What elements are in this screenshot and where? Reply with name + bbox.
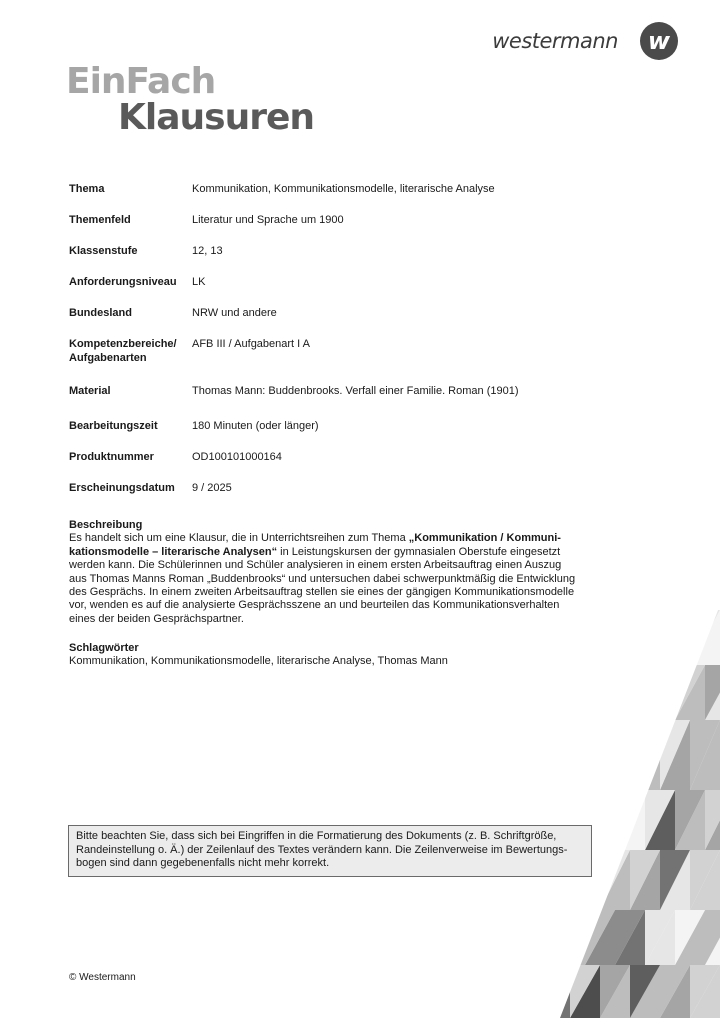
meta-value: OD100101000164 bbox=[192, 450, 282, 481]
meta-label: Klassenstufe bbox=[69, 244, 192, 275]
series-title-line2: Klausuren bbox=[118, 100, 314, 136]
meta-row-bundesland: Bundesland NRW und andere bbox=[69, 306, 569, 337]
series-title-line1: EinFach bbox=[66, 64, 314, 100]
meta-label: Bearbeitungszeit bbox=[69, 419, 192, 450]
meta-label: Kompetenzbereiche/ Aufgabenarten bbox=[69, 337, 192, 384]
meta-label: Anforderungsniveau bbox=[69, 275, 192, 306]
meta-value: NRW und andere bbox=[192, 306, 277, 337]
meta-row-klassenstufe: Klassenstufe 12, 13 bbox=[69, 244, 569, 275]
brand-wordmark: westermann bbox=[492, 29, 618, 53]
keywords-text: Kommunikation, Kommunikationsmodelle, li… bbox=[69, 655, 579, 668]
meta-row-kompetenzbereiche: Kompetenzbereiche/ Aufgabenarten AFB III… bbox=[69, 337, 569, 384]
meta-row-material: Material Thomas Mann: Buddenbrooks. Verf… bbox=[69, 384, 569, 419]
meta-value: 9 / 2025 bbox=[192, 481, 232, 512]
meta-value: Thomas Mann: Buddenbrooks. Verfall einer… bbox=[192, 384, 519, 419]
meta-value: Literatur und Sprache um 1900 bbox=[192, 213, 344, 244]
meta-row-thema: Thema Kommunikation, Kommunikationsmodel… bbox=[69, 182, 569, 213]
meta-label: Material bbox=[69, 384, 192, 419]
meta-label: Thema bbox=[69, 182, 192, 213]
keywords-heading: Schlagwörter bbox=[69, 642, 579, 655]
meta-row-anforderungsniveau: Anforderungsniveau LK bbox=[69, 275, 569, 306]
metadata-table: Thema Kommunikation, Kommunikationsmodel… bbox=[69, 182, 569, 512]
meta-label: Themenfeld bbox=[69, 213, 192, 244]
publisher-brand: westermann w bbox=[492, 22, 678, 60]
meta-row-themenfeld: Themenfeld Literatur und Sprache um 1900 bbox=[69, 213, 569, 244]
westermann-logo-icon: w bbox=[640, 22, 678, 60]
meta-row-erscheinungsdatum: Erscheinungsdatum 9 / 2025 bbox=[69, 481, 569, 512]
formatting-notice-box: Bitte beachten Sie, dass sich bei Eingri… bbox=[68, 825, 592, 877]
meta-label: Produktnummer bbox=[69, 450, 192, 481]
series-title: EinFach Klausuren bbox=[66, 64, 314, 136]
description-heading: Beschreibung bbox=[69, 519, 579, 532]
meta-value: Kommunikation, Kommunikationsmodelle, li… bbox=[192, 182, 495, 213]
meta-value: 180 Minuten (oder länger) bbox=[192, 419, 319, 450]
meta-value: 12, 13 bbox=[192, 244, 223, 275]
meta-value: AFB III / Aufgabenart I A bbox=[192, 337, 310, 384]
meta-label: Erscheinungsdatum bbox=[69, 481, 192, 512]
description-text: Es handelt sich um eine Klausur, die in … bbox=[69, 532, 579, 626]
meta-row-bearbeitungszeit: Bearbeitungszeit 180 Minuten (oder länge… bbox=[69, 419, 569, 450]
description-text-part: Es handelt sich um eine Klausur, die in … bbox=[69, 532, 409, 544]
description-section: Beschreibung Es handelt sich um eine Kla… bbox=[69, 519, 579, 626]
copyright-footer: © Westermann bbox=[69, 972, 136, 983]
meta-label: Bundesland bbox=[69, 306, 192, 337]
meta-value: LK bbox=[192, 275, 205, 306]
meta-row-produktnummer: Produktnummer OD100101000164 bbox=[69, 450, 569, 481]
keywords-section: Schlagwörter Kommunikation, Kommunikatio… bbox=[69, 642, 579, 669]
